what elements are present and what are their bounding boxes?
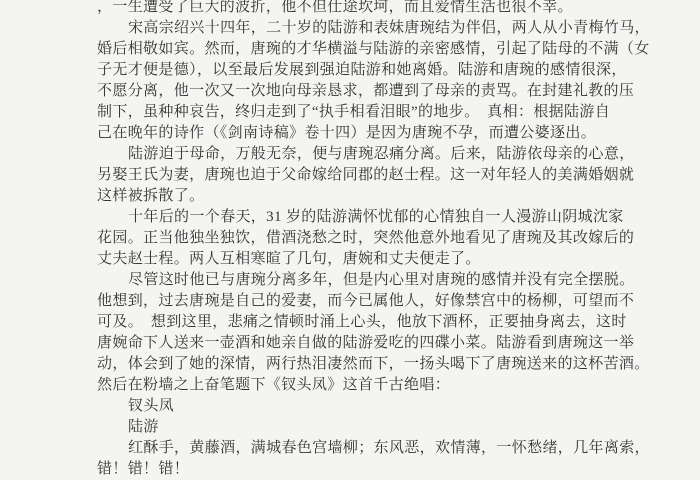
text-line: ，一生遭受了巨大的波折，他不但仕途坎坷，而且爱情生活也很不幸。 (97, 0, 657, 18)
text-line: 宋高宗绍兴十四年，二十岁的陆游和表妹唐琬结为伴侣，两人从小青梅竹马， (97, 18, 657, 39)
text-line: 己在晚年的诗作（《剑南诗稿》卷十四）是因为唐琬不孕，而遭公婆逐出。 (97, 123, 657, 144)
text-block: ，一生遭受了巨大的波折，他不但仕途坎坷，而且爱情生活也很不幸。宋高宗绍兴十四年，… (97, 0, 657, 470)
text-line: 制下，虽种种哀告，终归走到了“执手相看泪眼”的地步。 真相：根据陆游自 (97, 102, 657, 123)
text-line: 钗头凤 (97, 396, 657, 417)
text-line: 不愿分离，他一次又一次地向母亲恳求，都遭到了母亲的责骂。在封建礼教的压 (97, 81, 657, 102)
text-line: 错！错！错！ (97, 459, 657, 470)
text-line: 丈夫赵士程。两人互相寒暄了几句，唐婉和丈夫便走了。 (97, 249, 657, 270)
text-line: 唐婉命下人送来一壶酒和她亲自做的陆游爱吃的四碟小菜。陆游看到唐琬这一举 (97, 333, 657, 354)
text-line: 他想到，过去唐琬是自己的爱妻，而今已属他人，好像禁宫中的杨柳，可望而不 (97, 291, 657, 312)
document-page: ，一生遭受了巨大的波折，他不但仕途坎坷，而且爱情生活也很不幸。宋高宗绍兴十四年，… (0, 0, 700, 470)
text-line: 婚后相敬如宾。然而，唐琬的才华横溢与陆游的亲密感情，引起了陆母的不满（女 (97, 39, 657, 60)
text-line: 十年后的一个春天，31 岁的陆游满怀忧郁的心情独自一人漫游山阴城沈家 (97, 207, 657, 228)
text-line: 可及。 想到这里，悲痛之情顿时涌上心头，他放下酒杯，正要抽身离去，这时 (97, 312, 657, 333)
text-line: 子无才便是德），以至最后发展到强迫陆游和她离婚。陆游和唐琬的感情很深， (97, 60, 657, 81)
text-line: 尽管这时他已与唐琬分离多年，但是内心里对唐琬的感情并没有完全摆脱。 (97, 270, 657, 291)
text-line: 花园。正当他独坐独饮，借酒浇愁之时，突然他意外地看见了唐琬及其改嫁后的 (97, 228, 657, 249)
text-line: 这样被拆散了。 (97, 186, 657, 207)
text-line: 陆游 (97, 417, 657, 438)
text-line: 红酥手，黄藤酒，满城春色宫墙柳；东风恶，欢情薄，一怀愁绪，几年离索， (97, 438, 657, 459)
text-line: 陆游迫于母命，万般无奈，便与唐琬忍痛分离。后来，陆游依母亲的心意， (97, 144, 657, 165)
text-line: 然后在粉墙之上奋笔题下《钗头凤》这首千古绝唱： (97, 375, 657, 396)
text-line: 动，体会到了她的深情，两行热泪凄然而下，一扬头喝下了唐琬送来的这杯苦酒。 (97, 354, 657, 375)
text-line: 另娶王氏为妻，唐琬也迫于父命嫁给同郡的赵士程。这一对年轻人的美满婚姻就 (97, 165, 657, 186)
